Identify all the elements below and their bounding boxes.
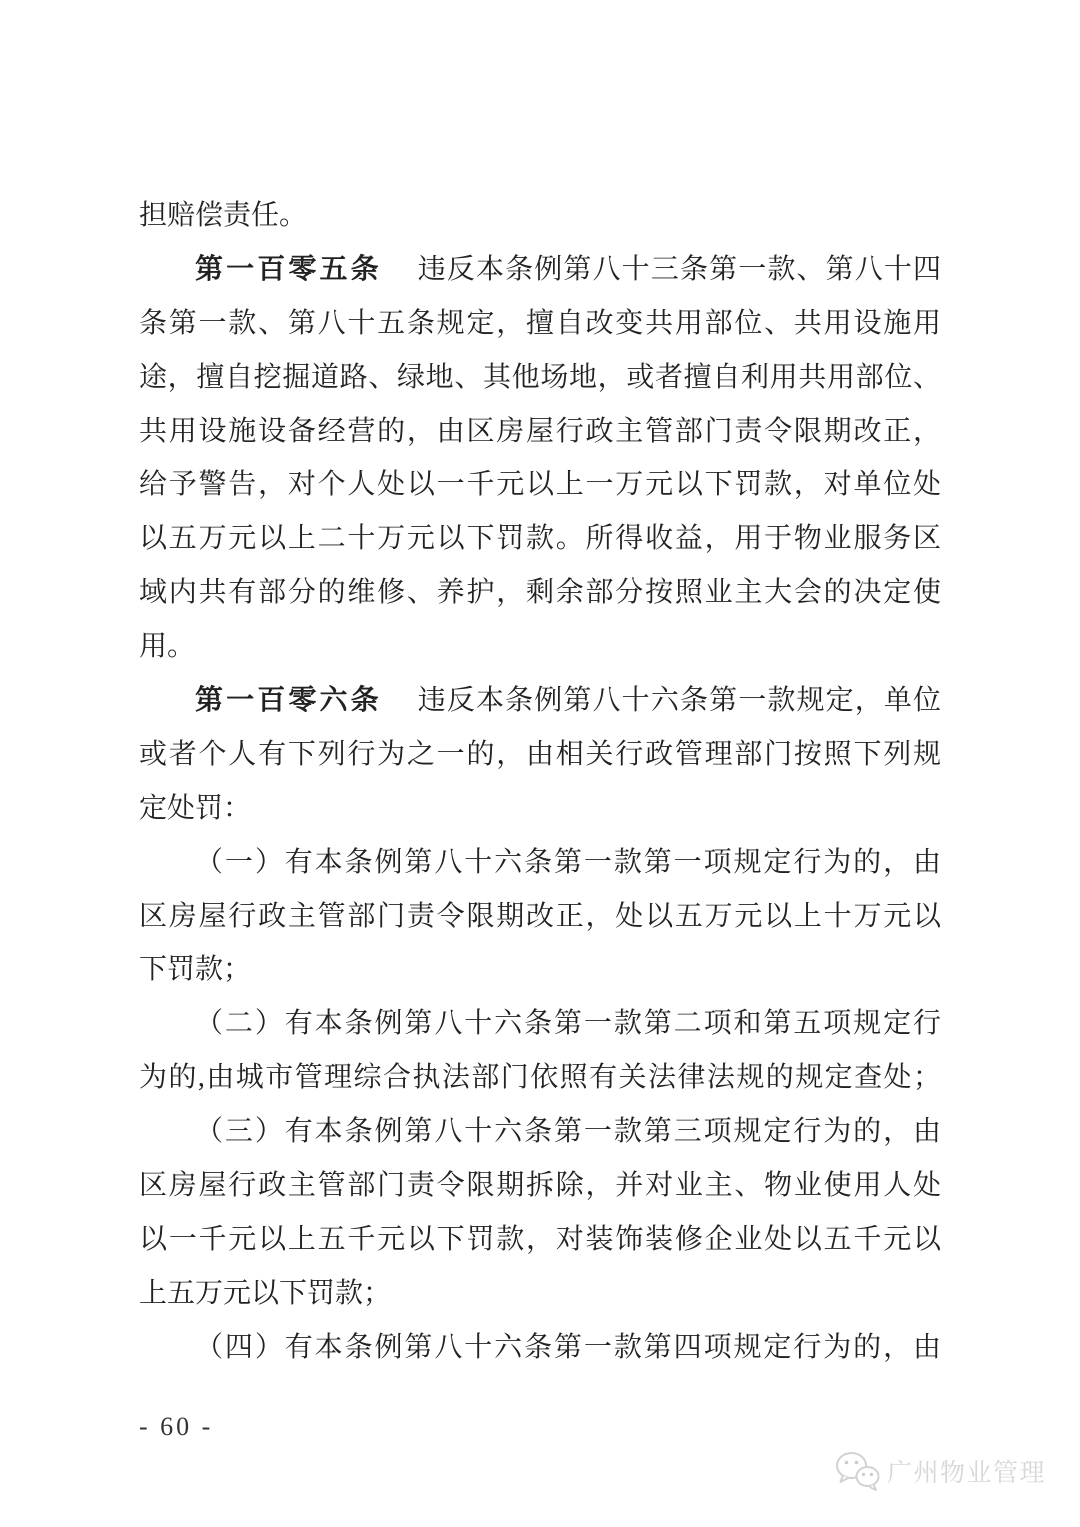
document-line: 上五万元以下罚款；: [139, 1267, 941, 1321]
document-line: 为的,由城市管理综合执法部门依照有关法律法规的规定查处；: [139, 1051, 941, 1105]
document-line: （三）有本条例第八十六条第一款第三项规定行为的，由: [139, 1105, 941, 1159]
line-text: 共用设施设备经营的，由区房屋行政主管部门责令限期改正，: [139, 416, 941, 447]
document-line: 第一百零五条违反本条例第八十三条第一款、第八十四: [139, 243, 941, 297]
line-text: 为的,由城市管理综合执法部门依照有关法律法规的规定查处；: [139, 1062, 941, 1093]
line-text: 途，擅自挖掘道路、绿地、其他场地，或者擅自利用共用部位、: [139, 362, 941, 393]
line-text: 担赔偿责任。: [139, 200, 307, 231]
line-text: 条第一款、第八十五条规定，擅自改变共用部位、共用设施用: [139, 308, 941, 339]
line-text: 上五万元以下罚款；: [139, 1278, 391, 1309]
wechat-icon: [834, 1450, 880, 1492]
document-line: 区房屋行政主管部门责令限期改正，处以五万元以上十万元以: [139, 890, 941, 944]
line-text: 区房屋行政主管部门责令限期拆除，并对业主、物业使用人处: [139, 1170, 941, 1201]
document-line: 或者个人有下列行为之一的，由相关行政管理部门按照下列规: [139, 728, 941, 782]
line-text: 区房屋行政主管部门责令限期改正，处以五万元以上十万元以: [139, 901, 941, 932]
document-line: 条第一款、第八十五条规定，擅自改变共用部位、共用设施用: [139, 297, 941, 351]
line-text: 以一千元以上五千元以下罚款，对装饰装修企业处以五千元以: [139, 1224, 941, 1255]
document-line: 定处罚：: [139, 782, 941, 836]
line-text: （一）有本条例第八十六条第一款第一项规定行为的，由: [195, 847, 941, 878]
document-line: 区房屋行政主管部门责令限期拆除，并对业主、物业使用人处: [139, 1159, 941, 1213]
document-line: 用。: [139, 620, 941, 674]
line-text: （四）有本条例第八十六条第一款第四项规定行为的，由: [195, 1332, 941, 1363]
line-text: 给予警告，对个人处以一千元以上一万元以下罚款，对单位处: [139, 469, 941, 500]
line-text: 或者个人有下列行为之一的，由相关行政管理部门按照下列规: [139, 739, 941, 770]
document-line: （二）有本条例第八十六条第一款第二项和第五项规定行: [139, 997, 941, 1051]
document-line: 途，擅自挖掘道路、绿地、其他场地，或者擅自利用共用部位、: [139, 351, 941, 405]
line-text: 域内共有部分的维修、养护，剩余部分按照业主大会的决定使: [139, 577, 941, 608]
document-page: 担赔偿责任。第一百零五条违反本条例第八十三条第一款、第八十四条第一款、第八十五条…: [0, 0, 1080, 1527]
document-line: 域内共有部分的维修、养护，剩余部分按照业主大会的决定使: [139, 566, 941, 620]
document-line: （四）有本条例第八十六条第一款第四项规定行为的，由: [139, 1321, 941, 1375]
document-body: 担赔偿责任。第一百零五条违反本条例第八十三条第一款、第八十四条第一款、第八十五条…: [139, 189, 941, 1375]
document-line: 担赔偿责任。: [139, 189, 941, 243]
document-line: 给予警告，对个人处以一千元以上一万元以下罚款，对单位处: [139, 458, 941, 512]
document-line: 以一千元以上五千元以下罚款，对装饰装修企业处以五千元以: [139, 1213, 941, 1267]
document-line: 共用设施设备经营的，由区房屋行政主管部门责令限期改正，: [139, 405, 941, 459]
watermark-label: 广州物业管理: [887, 1453, 1046, 1489]
watermark: 广州物业管理: [834, 1450, 1046, 1492]
line-text: 用。: [139, 631, 195, 662]
line-text: 违反本条例第八十六条第一款规定，单位: [418, 685, 941, 716]
article-number: 第一百零五条: [195, 254, 382, 285]
article-number: 第一百零六条: [195, 685, 382, 716]
document-line: 第一百零六条违反本条例第八十六条第一款规定，单位: [139, 674, 941, 728]
line-text: 定处罚：: [139, 793, 251, 824]
page-number: - 60 -: [139, 1412, 213, 1442]
line-text: 下罚款；: [139, 954, 251, 985]
document-line: 以五万元以上二十万元以下罚款。所得收益，用于物业服务区: [139, 512, 941, 566]
line-text: （二）有本条例第八十六条第一款第二项和第五项规定行: [195, 1008, 941, 1039]
line-text: 以五万元以上二十万元以下罚款。所得收益，用于物业服务区: [139, 523, 941, 554]
line-text: （三）有本条例第八十六条第一款第三项规定行为的，由: [195, 1116, 941, 1147]
document-line: 下罚款；: [139, 943, 941, 997]
line-text: 违反本条例第八十三条第一款、第八十四: [418, 254, 941, 285]
document-line: （一）有本条例第八十六条第一款第一项规定行为的，由: [139, 836, 941, 890]
